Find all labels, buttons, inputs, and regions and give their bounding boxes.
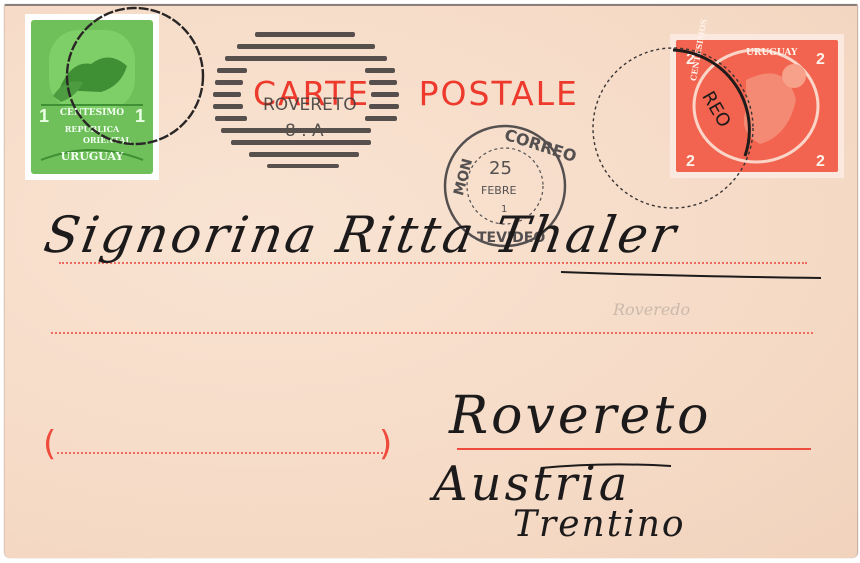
postmarks-layer: ROVERETO 8 . A 25 FEBRE 1 CORREO MON TEV…: [5, 6, 857, 558]
postmark-code: 8 . A: [285, 121, 324, 141]
faint-pencil-note: Roveredo: [613, 300, 690, 319]
address-line-2: [51, 332, 813, 334]
postmark-town: ROVERETO: [263, 95, 357, 115]
recipient-name: Signorina Ritta Thaler: [40, 206, 683, 264]
svg-text:FEBRE: FEBRE: [481, 184, 516, 197]
svg-text:CORREO: CORREO: [502, 125, 579, 166]
svg-text:REO: REO: [697, 88, 734, 131]
svg-text:25: 25: [489, 158, 512, 179]
bracket-left: (: [43, 424, 56, 464]
region: Trentino: [513, 504, 686, 545]
postcard: 1 1 CENTESIMO REPUBLICA ORIENTAL URUGUAY…: [4, 4, 858, 558]
bracket-right: ): [379, 424, 392, 464]
stamp-cancel-right: REO: [593, 48, 753, 208]
address-line-bracketed: [57, 452, 383, 454]
octagonal-rovereto-postmark: ROVERETO 8 . A: [213, 32, 399, 168]
city: Rovereto: [449, 386, 711, 446]
address-line-3: [457, 448, 811, 450]
svg-text:MON: MON: [451, 157, 476, 197]
circular-cancel-left: [67, 8, 203, 144]
